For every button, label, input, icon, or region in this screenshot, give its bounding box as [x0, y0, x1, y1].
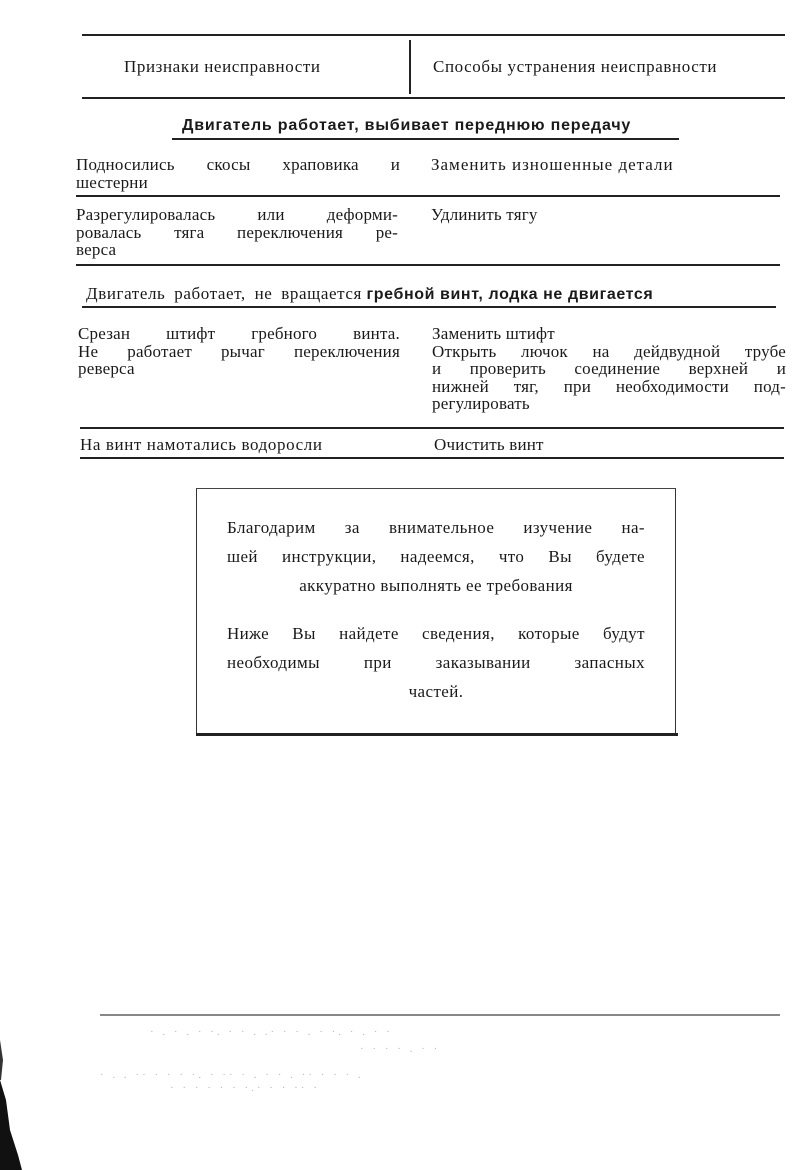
symptom-line: Разрегулировалась или деформи-: [76, 206, 398, 224]
symptom-cell: Разрегулировалась или деформи- ровалась …: [76, 206, 398, 259]
table-bottom-rule: [80, 457, 784, 459]
symptom-cell: На винт намотались водоросли: [80, 436, 402, 454]
footer-faded-text: · . · . · ·. · · . .· · · . · ·. · . · ·: [150, 1026, 393, 1038]
notice-line: частей.: [227, 677, 645, 706]
notice-line: Благодарим за внимательное изучение на-: [227, 513, 645, 542]
row-divider: [76, 264, 780, 266]
remedy-line: и проверить соединение верхней и: [432, 360, 786, 378]
section-title-propeller: Двигатель работает, не вращается гребной…: [86, 284, 653, 305]
symptom-line: верса: [76, 241, 398, 259]
symptom-cell: Срезан штифт гребного винта. Не работает…: [78, 325, 400, 378]
remedy-line: Удлинить тягу: [431, 206, 791, 224]
notice-paragraph-spare-parts: Ниже Вы найдете сведения, которые будут …: [227, 619, 645, 706]
notice-line: Ниже Вы найдете сведения, которые будут: [227, 619, 645, 648]
symptom-line: Срезан штифт гребного винта.: [78, 325, 400, 343]
notice-line: необходимы при заказывании запасных: [227, 648, 645, 677]
scan-smudge: [0, 1040, 30, 1170]
section-title-bold: гребной винт, лодка не двигается: [367, 286, 654, 303]
remedy-line: Очистить винт: [434, 436, 788, 454]
footer-rule: [100, 1014, 780, 1016]
symptom-line: Не работает рычаг переключения: [78, 343, 400, 361]
symptom-line: ровалась тяга переключения ре-: [76, 224, 398, 242]
section-title-underline: [172, 138, 679, 140]
remedy-line: Заменить изношенные детали: [431, 156, 791, 174]
header-column-divider: [409, 40, 411, 94]
row-divider: [80, 427, 784, 429]
symptom-line: На винт намотались водоросли: [80, 436, 402, 454]
remedy-line: нижней тяг, при необходимости под-: [432, 378, 786, 396]
table-top-rule: [82, 34, 785, 36]
symptom-line: реверса: [78, 360, 400, 378]
row-divider: [76, 195, 780, 197]
remedy-cell: Очистить винт: [434, 436, 788, 454]
section-title-underline: [82, 306, 776, 308]
symptom-cell: Подносились скосы храповика и шестерни: [76, 156, 400, 191]
symptom-line: Подносились скосы храповика и: [76, 156, 400, 174]
footer-faded-text: · . . ·· · · · ·. · ·· · . · · . ·· · · …: [100, 1069, 364, 1081]
footer-faded-text: · · · · . · ·: [360, 1043, 440, 1055]
notice-box: Благодарим за внимательное изучение на- …: [196, 488, 676, 733]
notice-line: аккуратно выполнять ее требования: [227, 571, 645, 600]
section-title-regular: Двигатель работает, не вращается: [86, 284, 362, 303]
section-title-forward-gear: Двигатель работает, выбивает переднюю пе…: [182, 116, 631, 136]
symptom-line: шестерни: [76, 174, 400, 192]
notice-box-bottom-border: [196, 733, 678, 736]
remedy-cell: Удлинить тягу: [431, 206, 791, 224]
remedy-cell: Заменить штифт Открыть лючок на дейдвудн…: [432, 325, 786, 413]
remedy-line: Открыть лючок на дейдвудной трубе: [432, 343, 786, 361]
header-remedies: Способы устранения неисправности: [433, 57, 717, 77]
notice-line: шей инструкции, надеемся, что Вы будете: [227, 542, 645, 571]
header-bottom-rule: [82, 97, 785, 99]
footer-faded-text: · · · · · · ·.· · · ·· ·: [170, 1082, 320, 1094]
notice-paragraph-thanks: Благодарим за внимательное изучение на- …: [227, 513, 645, 600]
header-symptoms: Признаки неисправности: [124, 57, 321, 77]
remedy-line: Заменить штифт: [432, 325, 786, 343]
remedy-line: регулировать: [432, 395, 786, 413]
remedy-cell: Заменить изношенные детали: [431, 156, 791, 174]
